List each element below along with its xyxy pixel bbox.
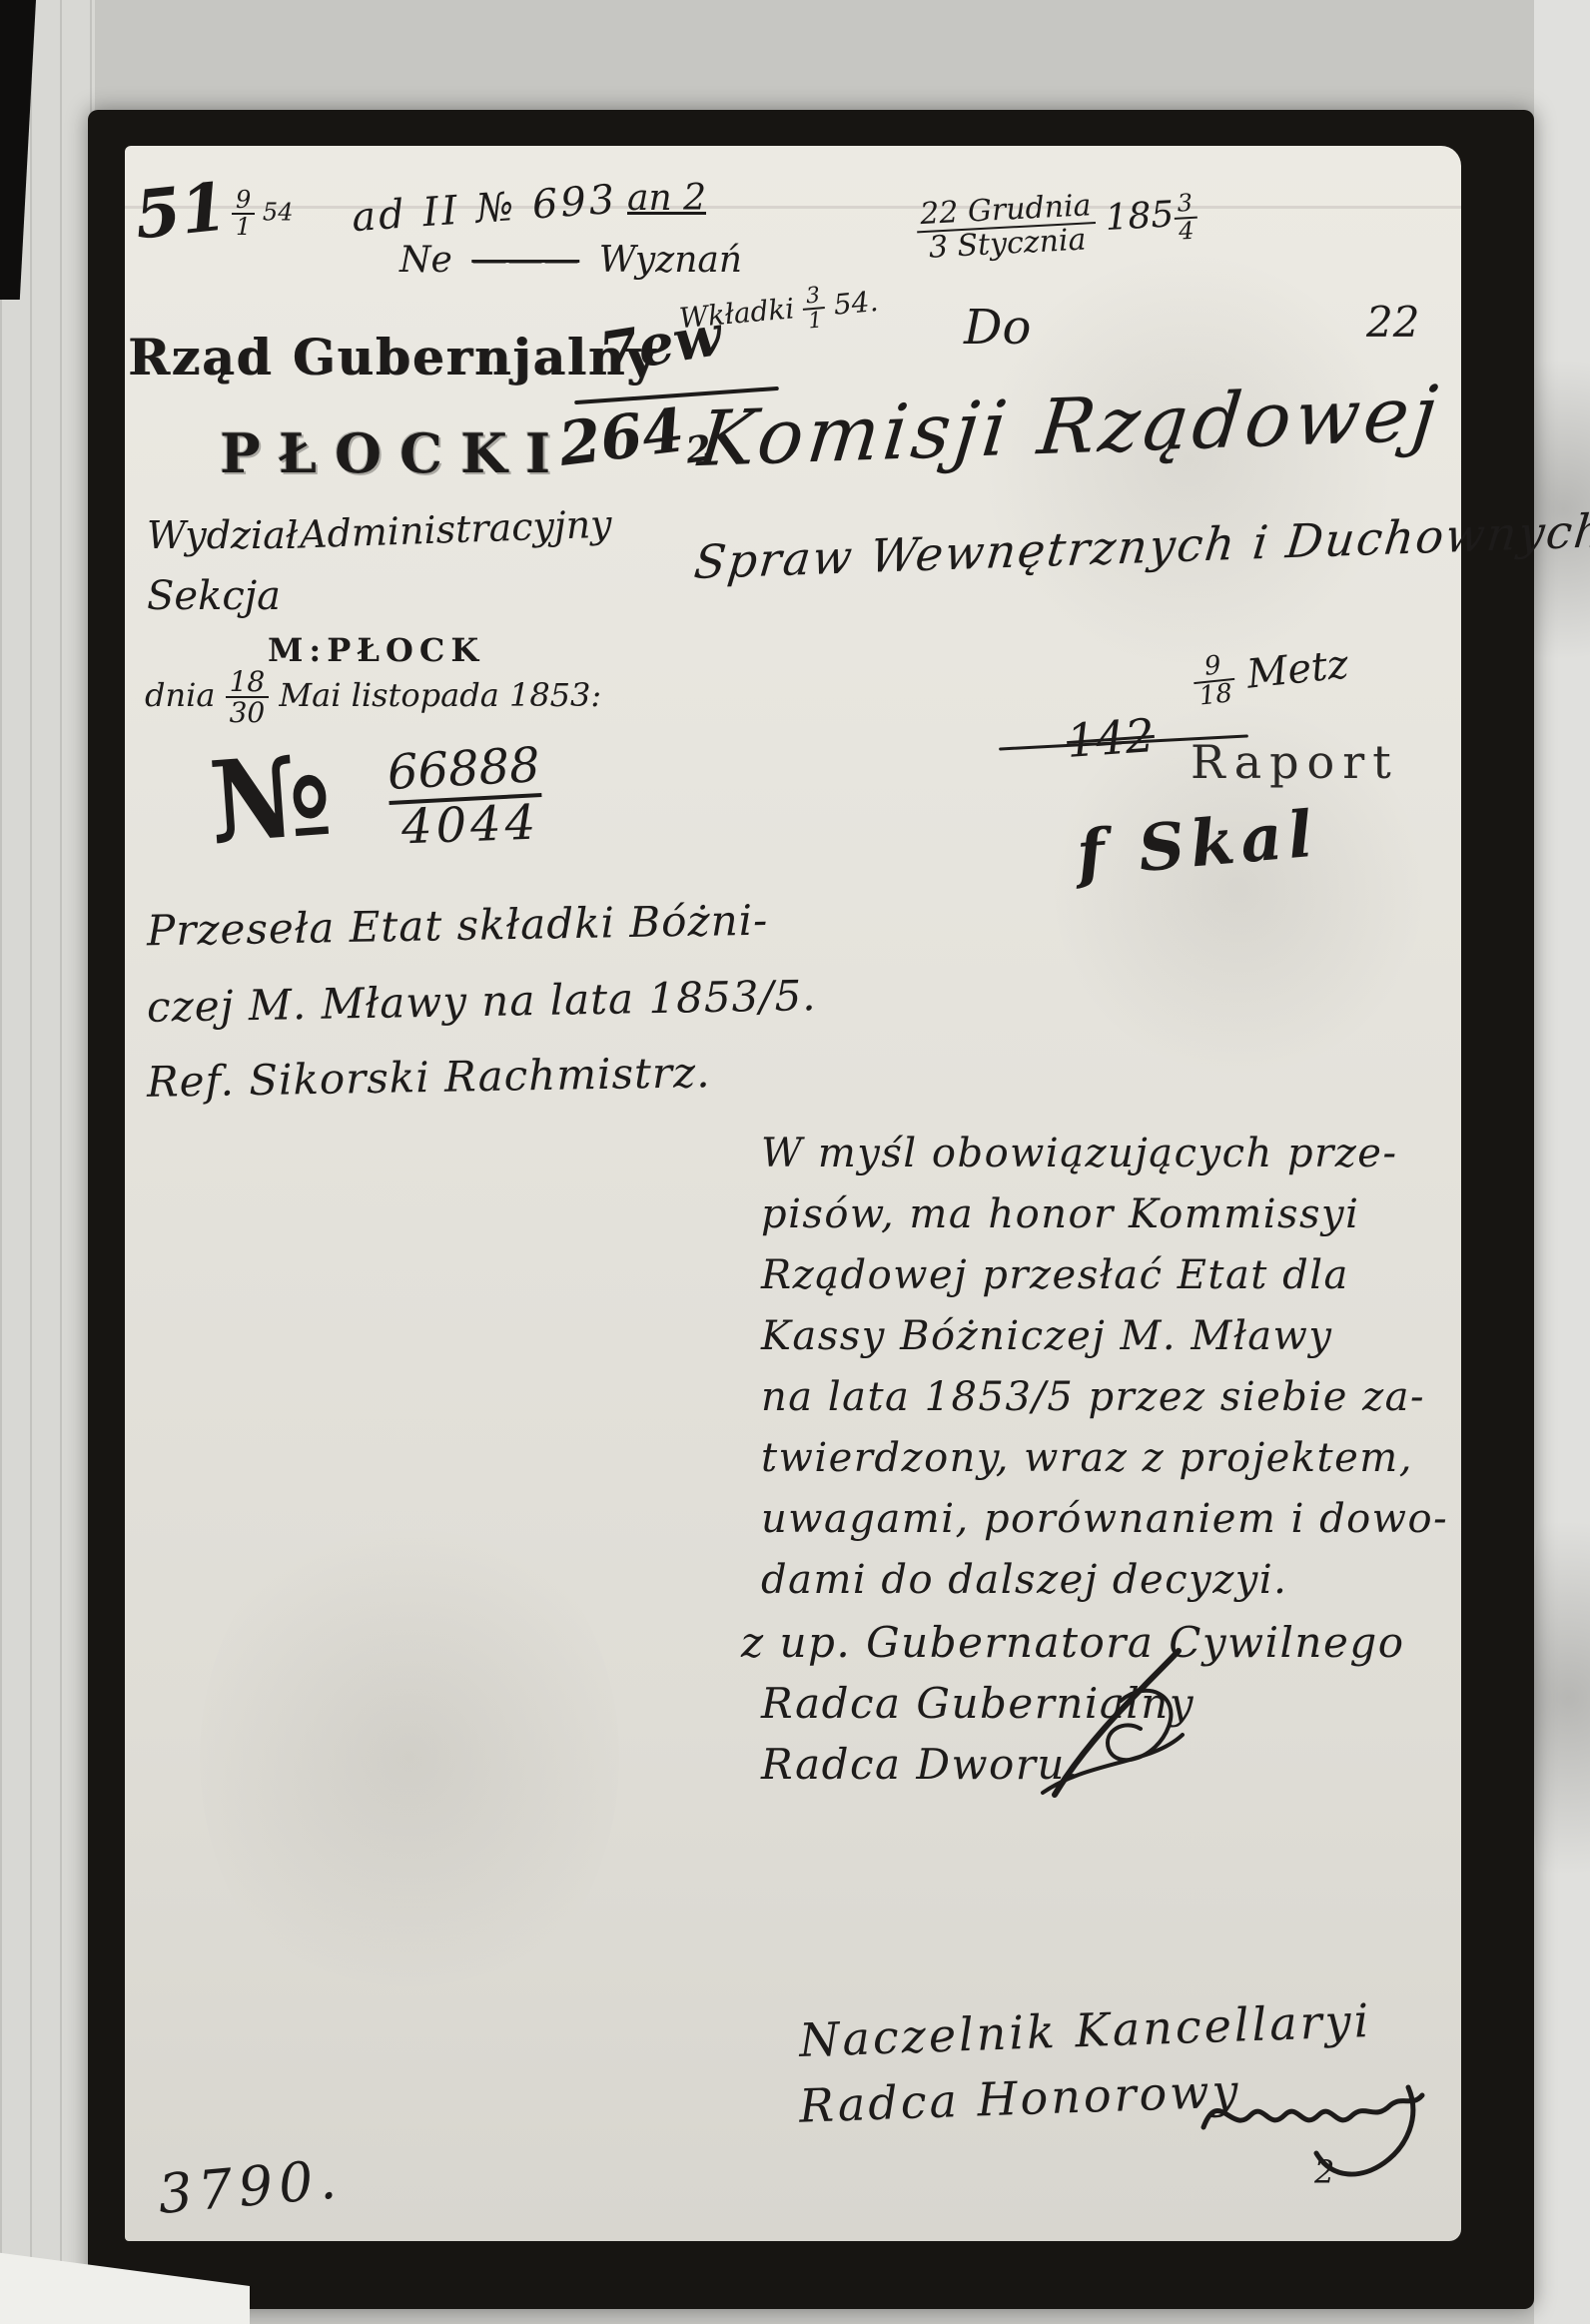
raport-label: Raport (1191, 735, 1399, 789)
body-line: Kassy Bóżniczej M. Mławy (761, 1313, 1332, 1359)
paper-fold-line (125, 206, 1461, 209)
received-date-fraction: 3 1 (801, 284, 827, 334)
letterhead-section: Sekcja (147, 573, 281, 619)
folio-number: 51 (131, 167, 231, 254)
body-line: na lata 1853/5 przez siebie za- (761, 1374, 1425, 1420)
metz-fraction: 9 18 (1191, 651, 1237, 712)
letterhead-place: M:PŁOCK (268, 631, 484, 669)
struck-word: ——— (471, 240, 579, 281)
body-line: uwagami, porównaniem i dowo- (761, 1496, 1448, 1542)
dispatch-year-fraction: 34 (1173, 191, 1198, 245)
paper-watermark (200, 1498, 619, 2017)
letterhead-department-printed: Wydział (147, 513, 298, 557)
date-rest: Mai listopada 1853: (279, 676, 601, 714)
chancellery-signature-scrawl (1198, 2057, 1428, 2227)
metz-word: Metz (1244, 641, 1350, 697)
governor-signature-flourish (1029, 1643, 1198, 1803)
wyznan-note: Wyznań (599, 240, 742, 281)
crossed-number-142: 142 (1065, 708, 1156, 768)
big-number-value: 264 (555, 395, 688, 480)
registry-date-fraction: 9 1 (232, 188, 255, 240)
letterhead-city: PŁOCKI (220, 421, 568, 485)
letterhead-date-line: dnia 18 30 Mai listopada 1853: (145, 667, 601, 728)
letterhead-number-bottom: 4044 (400, 795, 540, 856)
body-line: dami do dalszej decyzyi. (761, 1557, 1287, 1603)
letterhead-date-fraction: 18 30 (226, 667, 270, 728)
received-year: 54. (832, 285, 879, 322)
adjacent-page-edge (0, 0, 95, 2324)
closing-mark: 2 (1314, 2153, 1334, 2191)
dispatch-year-base: 185 (1105, 194, 1176, 239)
body-line: twierdzony, wraz z projektem, (761, 1435, 1413, 1481)
registry-date: 9 1 54 (232, 188, 293, 240)
subject-line3: Ref. Sikorski Rachmistrz. (147, 1048, 711, 1107)
page-number-22: 22 (1366, 298, 1419, 347)
body-line: Rządowej przesłać Etat dla (761, 1252, 1349, 1298)
body-line: W myśl obowiązujących prze- (761, 1131, 1398, 1176)
date-prefix: dnia (145, 676, 215, 714)
do-label: Do (964, 300, 1031, 356)
dispatch-date-fraction: 22 Grudnia 3 Stycznia (915, 190, 1097, 264)
an-note: an 2 (627, 178, 706, 219)
registry-year: 54 (263, 199, 294, 227)
body-line: pisów, ma honor Kommissyi (761, 1191, 1359, 1237)
letterhead-government: Rząd Gubernjalny (128, 328, 657, 387)
crossed-note-line: Ne ——— Wyznań (399, 240, 742, 281)
ne-note: Ne (399, 240, 452, 281)
letterhead-number-symbol: № (206, 730, 337, 869)
